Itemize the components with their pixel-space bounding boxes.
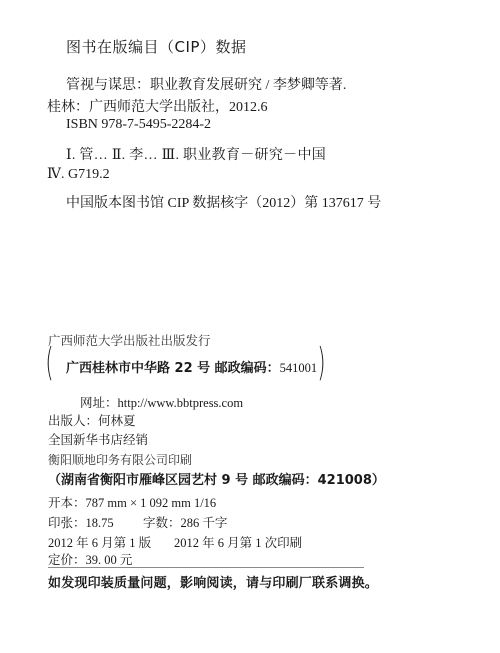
cip-entry-title-line: 管视与谋思：职业教育发展研究 / 李梦卿等著. <box>66 74 346 94</box>
publisher-postal-code: 541001 <box>280 361 318 375</box>
publisher-website: 网址：http://www.bbtpress.com <box>80 393 243 411</box>
edition-info: 2012 年 6 月第 1 版 <box>48 533 151 551</box>
publisher-person: 出版人：何林夏 <box>48 411 136 429</box>
printer-address: （湖南省衡阳市雁峰区园艺村 9 号 邮政编码：421008） <box>48 469 385 488</box>
printer-name: 衡阳顺地印务有限公司印刷 <box>48 451 192 468</box>
printed-sheets: 印张：18.75 <box>48 513 114 531</box>
publisher-name: 广西师范大学出版社出版发行 <box>48 331 211 349</box>
left-bracket-icon: ( <box>45 342 53 382</box>
cip-classification-line: Ⅳ. G719.2 <box>47 166 110 183</box>
cip-entry-publication-line: 桂林：广西师范大学出版社，2012.6 <box>47 96 268 116</box>
cip-title: 图书在版编目（CIP）数据 <box>66 36 246 57</box>
quality-notice: 如发现印装质量问题，影响阅读，请与印刷厂联系调换。 <box>48 572 378 591</box>
book-format: 开本：787 mm × 1 092 mm 1/16 <box>48 493 216 511</box>
divider-rule <box>48 567 364 568</box>
cip-data-number: 中国版本图书馆 CIP 数据核字（2012）第 137617 号 <box>66 192 381 212</box>
cip-subject-line: Ⅰ. 管… Ⅱ. 李… Ⅲ. 职业教育－研究－中国 <box>66 144 326 164</box>
distributor: 全国新华书店经销 <box>48 430 148 448</box>
publisher-address-text: 广西桂林市中华路 22 号 邮政编码： <box>66 361 280 376</box>
printing-info: 2012 年 6 月第 1 次印刷 <box>174 533 302 551</box>
word-count: 字数：286 千字 <box>143 513 227 531</box>
cip-isbn: ISBN 978-7-5495-2284-2 <box>66 117 211 133</box>
price: 定价：39. 00 元 <box>48 550 132 568</box>
right-bracket-icon: ) <box>317 342 325 382</box>
publisher-address: 广西桂林市中华路 22 号 邮政编码：541001 <box>66 357 317 376</box>
